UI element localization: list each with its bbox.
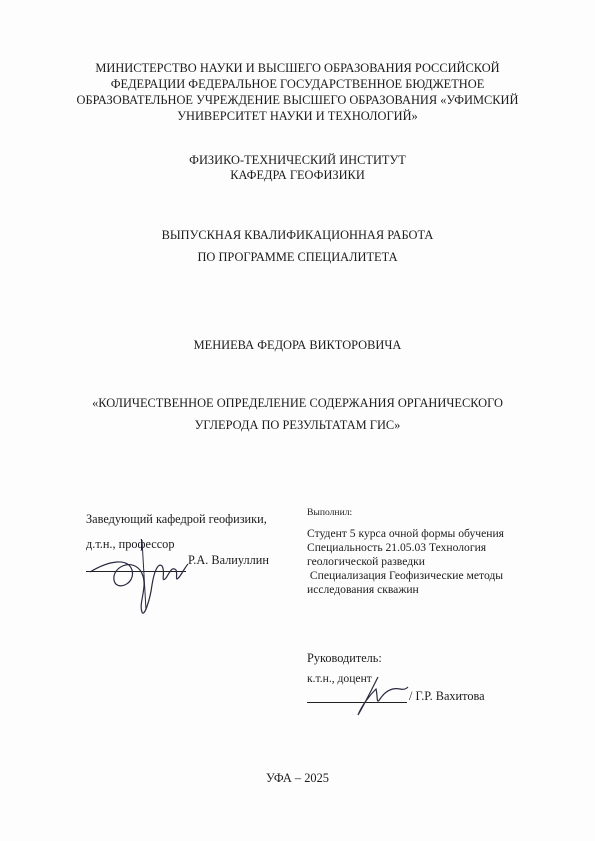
header-line-2: ФЕДЕРАЦИИ ФЕДЕРАЛЬНОЕ ГОСУДАРСТВЕННОЕ БЮ… (0, 76, 595, 93)
author-name: МЕНИЕВА ФЕДОРА ВИКТОРОВИЧА (0, 337, 595, 354)
head-signature-mark (80, 540, 190, 620)
supervisor-label: Руководитель: (307, 651, 382, 666)
header-line-3: ОБРАЗОВАТЕЛЬНОЕ УЧРЕЖДЕНИЕ ВЫСШЕГО ОБРАЗ… (0, 92, 595, 109)
head-name: Р.А. Валиуллин (188, 553, 269, 568)
thesis-title-line-2: УГЛЕРОДА ПО РЕЗУЛЬТАТАМ ГИС» (0, 417, 595, 434)
performer-line-5: исследования скважин (307, 583, 419, 597)
work-type-line-1: ВЫПУСКНАЯ КВАЛИФИКАЦИОННАЯ РАБОТА (0, 227, 595, 244)
supervisor-name: / Г.Р. Вахитова (409, 689, 485, 704)
thesis-title-line-1: «КОЛИЧЕСТВЕННОЕ ОПРЕДЕЛЕНИЕ СОДЕРЖАНИЯ О… (0, 395, 595, 412)
document-page: МИНИСТЕРСТВО НАУКИ И ВЫСШЕГО ОБРАЗОВАНИЯ… (0, 0, 595, 841)
performer-line-1: Студент 5 курса очной формы обучения (307, 527, 504, 541)
department-name: КАФЕДРА ГЕОФИЗИКИ (0, 167, 595, 184)
performer-line-3: геологической разведки (307, 555, 425, 569)
head-position: Заведующий кафедрой геофизики, (86, 512, 267, 527)
city-year: УФА – 2025 (0, 770, 595, 787)
work-type-line-2: ПО ПРОГРАММЕ СПЕЦИАЛИТЕТА (0, 249, 595, 266)
performer-label: Выполнил: (307, 507, 352, 518)
performer-line-4: Специализация Геофизические методы (307, 569, 503, 583)
supervisor-signature-mark (350, 675, 410, 720)
performer-line-2: Специальность 21.05.03 Технология (307, 541, 486, 555)
header-line-4: УНИВЕРСИТЕТ НАУКИ И ТЕХНОЛОГИЙ» (0, 108, 595, 125)
header-line-1: МИНИСТЕРСТВО НАУКИ И ВЫСШЕГО ОБРАЗОВАНИЯ… (0, 60, 595, 77)
